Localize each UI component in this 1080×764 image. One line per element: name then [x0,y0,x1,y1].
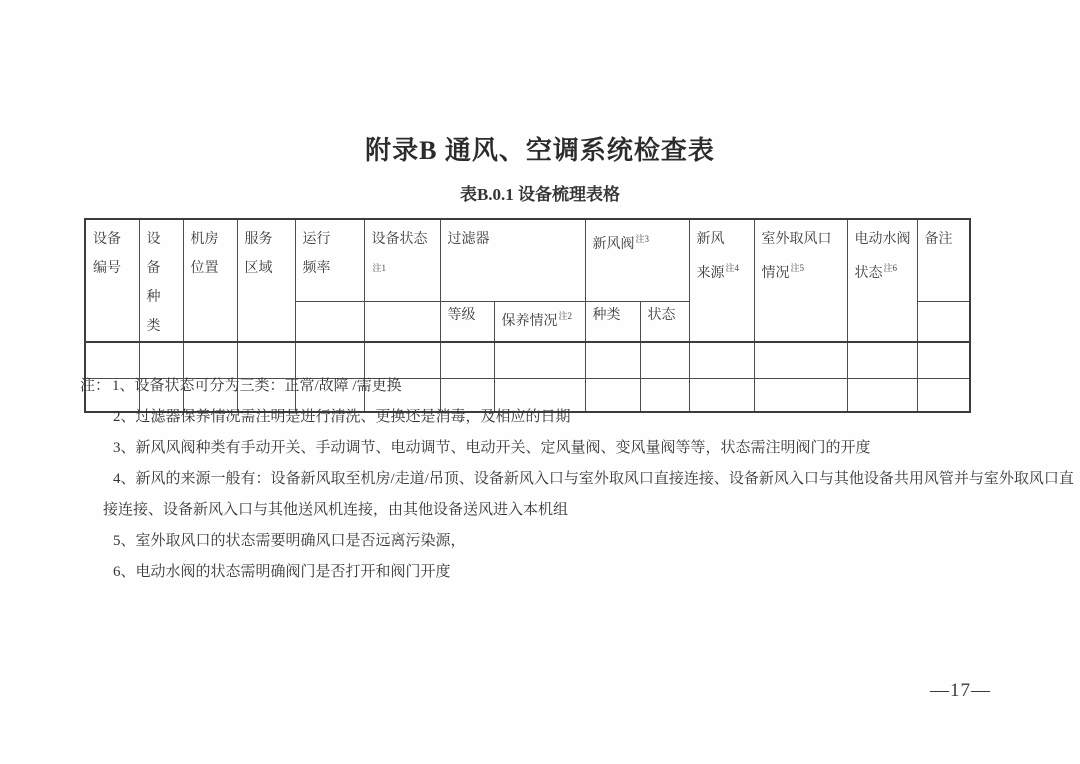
header-text: 种类 [147,283,179,341]
col-header-service-area: 服务 区域 [237,219,295,342]
header-text: 设备状态 [372,232,428,247]
header-text: 设备 [93,225,135,254]
col-header-device-type: 设备 种类 [139,219,183,342]
header-text: 备注 [925,232,953,247]
note-ref-4: 注4 [726,263,740,273]
note-6: 6、电动水阀的状态需明确阀门是否打开和阀门开度 [113,557,1040,588]
header-text: 种类 [593,308,621,323]
header-text: 保养情况 [502,314,558,329]
header-text: 状态 [855,266,883,281]
header-text: 频率 [303,254,360,283]
col-header-filter-grade: 等级 [440,302,494,342]
note-2: 2、过滤器保养情况需注明是进行清洗、更换还是消毒，及相应的日期 [113,402,1040,433]
col-header-room-location: 机房 位置 [183,219,237,342]
page-number: —17— [930,680,991,702]
header-text: 位置 [191,254,233,283]
document-page: 附录B 通风、空调系统检查表 表B.0.1 设备梳理表格 设备 编号 设备 种类… [0,0,1080,764]
col-header-valve-status: 状态 [640,302,689,342]
note-1: 注：1、设备状态可分为三类：正常/故障 /需更换 [80,371,1040,402]
header-text: 来源注4 [697,254,750,288]
note-4-line-2: 接连接、设备新风入口与其他送风机连接，由其他设备送风进入本机组 [103,495,1040,526]
header-text: 室外取风口 [762,225,843,254]
note-3: 3、新风风阀种类有手动开关、手动调节、电动调节、电动开关、定风量阀、变风量阀等等… [113,433,1040,464]
header-text: 等级 [448,308,476,323]
col-header-remarks: 备注 [917,219,970,302]
header-text: 服务 [245,225,291,254]
header-text: 情况 [762,266,790,281]
col-header-fresh-air-valve-group: 新风阀注3 [585,219,689,302]
header-row-1: 设备 编号 设备 种类 机房 位置 服务 区域 运行 频率 [85,219,970,302]
header-text: 过滤器 [448,232,490,247]
note-ref-3: 注3 [636,234,650,244]
note-ref-6: 注6 [884,263,898,273]
header-text: 来源 [697,266,725,281]
header-text: 新风 [697,225,750,254]
header-text: 编号 [93,254,135,283]
col-header-device-id: 设备 编号 [85,219,139,342]
col-header-filter-group: 过滤器 [440,219,585,302]
col-header-valve-type: 种类 [585,302,640,342]
col-header-run-frequency: 运行 频率 [295,219,364,302]
note-ref-1: 注1 [373,263,387,273]
notes-section: 注：1、设备状态可分为三类：正常/故障 /需更换 2、过滤器保养情况需注明是进行… [80,371,1040,588]
page-title: 附录B 通风、空调系统检查表 [0,130,1080,167]
header-text: 机房 [191,225,233,254]
header-text: 区域 [245,254,291,283]
col-header-outdoor-intake: 室外取风口 情况注5 [754,219,847,342]
subcell-remarks-empty [917,302,970,342]
header-text: 设备 [147,225,179,283]
table-caption: 表B.0.1 设备梳理表格 [0,180,1080,205]
col-header-fresh-air-source: 新风 来源注4 [689,219,754,342]
header-text: 新风阀 [593,237,635,252]
header-text: 状态 [648,308,676,323]
subcell-device-status-empty [364,302,440,342]
header-text: 电动水阀 [855,225,913,254]
note-4-line-1: 4、新风的来源一般有：设备新风取至机房/走道/吊顶、设备新风入口与室外取风口直接… [113,464,1040,495]
col-header-device-status: 设备状态注1 [364,219,440,302]
header-text: 状态注6 [855,254,913,288]
header-text: 运行 [303,225,360,254]
col-header-water-valve: 电动水阀 状态注6 [847,219,917,342]
note-ref-5: 注5 [791,263,805,273]
subcell-run-frequency-empty [295,302,364,342]
col-header-filter-maintenance: 保养情况注2 [494,302,585,342]
note-text: 1、设备状态可分为三类：正常/故障 /需更换 [112,378,402,394]
note-ref-2: 注2 [559,311,573,321]
note-5: 5、室外取风口的状态需要明确风口是否远离污染源， [113,526,1040,557]
header-text: 情况注5 [762,254,843,288]
notes-prefix: 注： [80,378,110,394]
